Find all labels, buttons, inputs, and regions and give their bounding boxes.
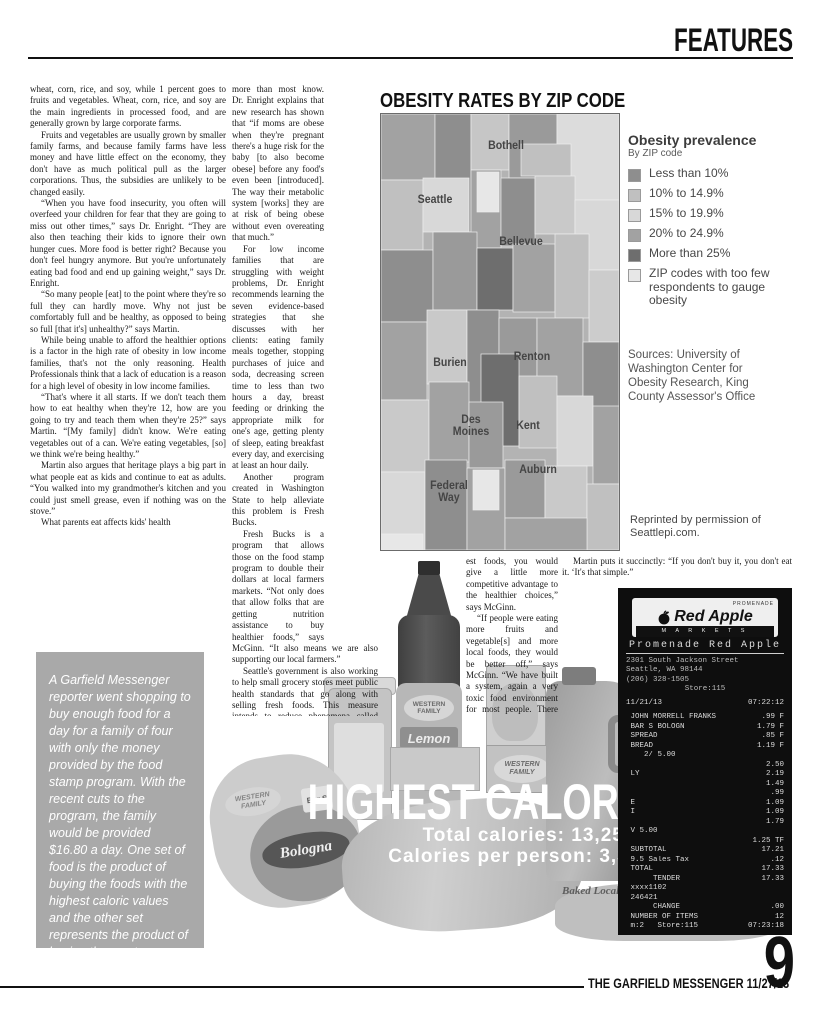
reporter-note-box: A Garfield Messenger reporter went shopp… [36,652,204,948]
map-title: OBESITY RATES BY ZIP CODE [380,90,625,113]
article-paragraph: What parents eat affects kids' health [30,517,226,528]
receipt-line-label: 2/ 5.00 [626,751,676,761]
receipt-address-2: Seattle, WA 98144 [626,666,784,676]
article-column-2: more than most know. Dr. Enright explain… [232,84,378,716]
receipt-line: m:2 Store:115 07:23:18 [626,922,784,932]
receipt-line: BREAD 1.19 F [626,742,784,752]
article-column-3: est foods, you would give a little more … [380,556,558,716]
receipt-line-label: E [626,799,635,809]
receipt-line-value: 1.49 [766,780,784,790]
receipt-line-value: 1.19 F [757,742,784,752]
receipt-brand: Red Apple [674,612,753,622]
article-paragraph: While being unable to afford the healthi… [30,335,226,392]
legend-label: Less than 10% [649,167,728,181]
receipt-line-label: TENDER [626,875,680,885]
markets-band: M A R K E T S [636,626,774,638]
article-paragraph: Fruits and vegetables are usually grown … [30,130,226,198]
legend-label: More than 25% [649,247,730,261]
header-rule [28,57,793,59]
city-label: Seattle [418,194,453,206]
receipt-line-label: CHANGE [626,903,680,913]
receipt-line: 1.49 [626,780,784,790]
receipt-date: 11/21/13 [626,699,662,709]
city-label: Renton [514,351,550,363]
article-paragraph: Seattle's government is also working to … [232,666,378,716]
receipt-line-label: SUBTOTAL [626,846,667,856]
article-paragraph: Martin also argues that heritage plays a… [30,460,226,517]
section-header: FEATURES [674,22,793,59]
receipt-line: 9.5 Sales Tax .12 [626,856,784,866]
legend-label: ZIP codes with too few respondents to ga… [649,267,796,308]
receipt-line-value: 2.50 [766,761,784,771]
receipt-datetime: 11/21/13 07:22:12 [626,699,784,709]
receipt-line-value: 1.79 F [757,723,784,733]
receipt-line-value: 07:23:18 [748,922,784,932]
receipt-line-value: 1.09 [766,799,784,809]
article-paragraph: For low income families that are struggl… [232,244,378,472]
article-paragraph: wheat, corn, rice, and soy, while 1 perc… [30,84,226,130]
legend-row: 10% to 14.9% [628,187,796,202]
receipt-line: 1.79 [626,818,784,828]
receipt-line: 2.50 [626,761,784,771]
receipt-line: xxxx1102 [626,884,784,894]
receipt-line: E 1.09 [626,799,784,809]
receipt-line: SPREAD .85 F [626,732,784,742]
receipt-line-label: 9.5 Sales Tax [626,856,689,866]
legend-label: 15% to 19.9% [649,207,724,221]
legend-row: 20% to 24.9% [628,227,796,242]
receipt-line-value: 1.25 TF [752,837,784,847]
city-label: Bellevue [499,236,543,248]
red-apple-logo: PROMENADE Red Apple M A R K E T S [632,598,778,637]
receipt-line-label: BAR S BOLOGN [626,723,685,733]
receipt-time: 07:22:12 [748,699,784,709]
article-column-1: wheat, corn, rice, and soy, while 1 perc… [30,84,226,616]
legend-row: More than 25% [628,247,796,262]
legend-label: 10% to 14.9% [649,187,724,201]
receipt-line-value: .85 F [761,732,784,742]
receipt-line-value: 17.21 [761,846,784,856]
legend-swatch [628,229,641,242]
legend-subtitle: By ZIP code [628,148,796,159]
receipt-line-label: I [626,808,635,818]
receipt-line-label: SPREAD [626,732,658,742]
receipt-line-value: 17.33 [761,875,784,885]
city-label: Federal Way [430,480,468,504]
receipt-line: .99 [626,789,784,799]
obesity-zip-map: BothellSeattleBellevueBurienRentonDes Mo… [380,113,620,551]
legend-swatch [628,269,641,282]
receipt-line: 246421 [626,894,784,904]
receipt-line-value: 17.33 [761,865,784,875]
receipt-line: LY 2.19 [626,770,784,780]
receipt-line-label: 246421 [626,894,658,904]
receipt-line-label: LY [626,770,640,780]
receipt-line-value: 1.79 [766,818,784,828]
footer-rule [0,986,584,988]
receipt-line: I 1.09 [626,808,784,818]
receipt-address-1: 2301 South Jackson Street [626,657,784,667]
receipt-line-label: xxxx1102 [626,884,667,894]
article-paragraph: “That's where it all starts. If we don't… [30,392,226,460]
legend-items: Less than 10% 10% to 14.9% 15% to 19.9% … [628,167,796,308]
receipt-line-label: TOTAL [626,865,653,875]
legend-row: Less than 10% [628,167,796,182]
article-paragraph: “When you have food insecurity, you ofte… [30,198,226,289]
city-label: Des Moines [453,414,489,438]
legend-swatch [628,209,641,222]
receipt-line: TENDER 17.33 [626,875,784,885]
city-label: Kent [516,420,540,432]
map-sources: Sources: University of Washington Center… [628,348,778,404]
receipt-line-label: m:2 Store:115 [626,922,698,932]
receipt-line-label: V 5.00 [626,827,658,837]
receipt-line: CHANGE .00 [626,903,784,913]
receipt-line: SUBTOTAL 17.21 [626,846,784,856]
receipt-line: V 5.00 [626,827,784,837]
receipt-line: JOHN MORRELL FRANKS .99 F [626,713,784,723]
receipt-line-value: 2.19 [766,770,784,780]
receipt-line-label: NUMBER OF ITEMS [626,913,698,923]
legend-row: 15% to 19.9% [628,207,796,222]
grocery-receipt: PROMENADE Red Apple M A R K E T S Promen… [618,588,792,935]
legend-swatch [628,169,641,182]
receipt-line: BAR S BOLOGN 1.79 F [626,723,784,733]
receipt-lines: JOHN MORRELL FRANKS .99 F BAR S BOLOGN 1… [626,713,784,932]
receipt-line: 1.25 TF [626,837,784,847]
reprint-credit: Reprinted by permission of Seattlepi.com… [630,514,790,540]
receipt-line-value: .99 [770,789,784,799]
lemonade-label: Lemon [400,727,458,749]
receipt-line: 2/ 5.00 [626,751,784,761]
article-paragraph: Another program created in Washington St… [232,472,378,529]
apple-icon [657,610,671,625]
legend-row: ZIP codes with too few respondents to ga… [628,267,796,308]
receipt-phone: (206) 328-1505 [626,676,784,686]
receipt-line-value: .99 F [761,713,784,723]
receipt-line-value: 1.09 [766,808,784,818]
legend-title: Obesity prevalence [628,132,796,148]
receipt-line-label: JOHN MORRELL FRANKS [626,713,716,723]
newspaper-page: FEATURES wheat, corn, rice, and soy, whi… [0,0,819,1024]
city-label: Auburn [519,464,557,476]
receipt-line-value: .12 [770,856,784,866]
receipt-line-value: .00 [770,903,784,913]
legend-swatch [628,189,641,202]
receipt-store-number: Store:115 [626,685,784,695]
zip-patchwork [381,114,619,550]
receipt-line-label: BREAD [626,742,653,752]
city-label: Burien [433,357,467,369]
article-paragraph: est foods, you would give a little more … [380,556,558,613]
article-paragraph: more than most know. Dr. Enright explain… [232,84,378,244]
legend-swatch [628,249,641,262]
footer-publication: THE GARFIELD MESSENGER 11/27/13 [588,976,789,991]
city-label: Bothell [488,140,524,152]
receipt-line-value: 12 [775,913,784,923]
receipt-line: NUMBER OF ITEMS 12 [626,913,784,923]
milk-jug-cap [562,667,596,685]
receipt-line: TOTAL 17.33 [626,865,784,875]
article-paragraph: “So many people [eat] to the point where… [30,289,226,335]
legend-label: 20% to 24.9% [649,227,724,241]
receipt-store-name: Promenade Red Apple [626,641,784,654]
map-legend: Obesity prevalence By ZIP code Less than… [628,132,796,313]
